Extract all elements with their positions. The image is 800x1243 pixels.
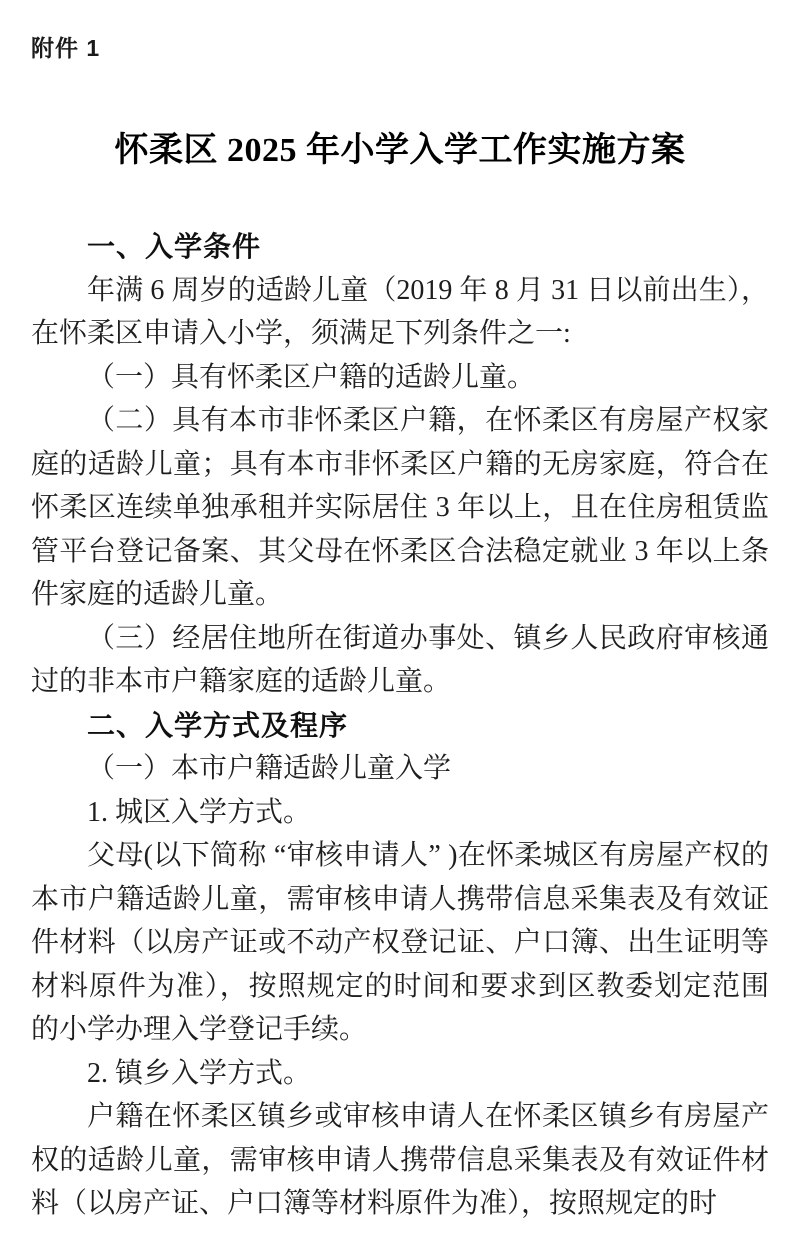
section-heading-enrollment-conditions: 一、入学条件 [31,225,769,269]
sub-heading-local-registered-children: （一）本市户籍适龄儿童入学 [31,747,769,791]
paragraph-age-requirement: 年满 6 周岁的适龄儿童（2019 年 8 月 31 日以前出生），在怀柔区申请… [31,269,769,356]
paragraph-township-method-detail: 户籍在怀柔区镇乡或审核申请人在怀柔区镇乡有房屋产权的适龄儿童，需审核申请人携带信… [31,1095,769,1226]
paragraph-condition-3: （三）经居住地所在街道办事处、镇乡人民政府审核通过的非本市户籍家庭的适龄儿童。 [31,617,769,704]
paragraph-condition-2: （二）具有本市非怀柔区户籍，在怀柔区有房屋产权家庭的适龄儿童；具有本市非怀柔区户… [31,399,769,617]
document-body: 一、入学条件 年满 6 周岁的适龄儿童（2019 年 8 月 31 日以前出生）… [31,225,769,1226]
attachment-label: 附件 1 [31,30,769,63]
numbered-item-urban-method: 1. 城区入学方式。 [31,791,769,835]
numbered-item-township-method: 2. 镇乡入学方式。 [31,1052,769,1096]
paragraph-condition-1: （一）具有怀柔区户籍的适龄儿童。 [31,356,769,400]
document-page: 附件 1 怀柔区 2025 年小学入学工作实施方案 一、入学条件 年满 6 周岁… [0,0,800,1243]
section-heading-enrollment-methods: 二、入学方式及程序 [31,704,769,748]
paragraph-urban-method-detail: 父母(以下简称 “审核申请人” )在怀柔城区有房屋产权的本市户籍适龄儿童，需审核… [31,834,769,1052]
document-title: 怀柔区 2025 年小学入学工作实施方案 [31,127,769,175]
